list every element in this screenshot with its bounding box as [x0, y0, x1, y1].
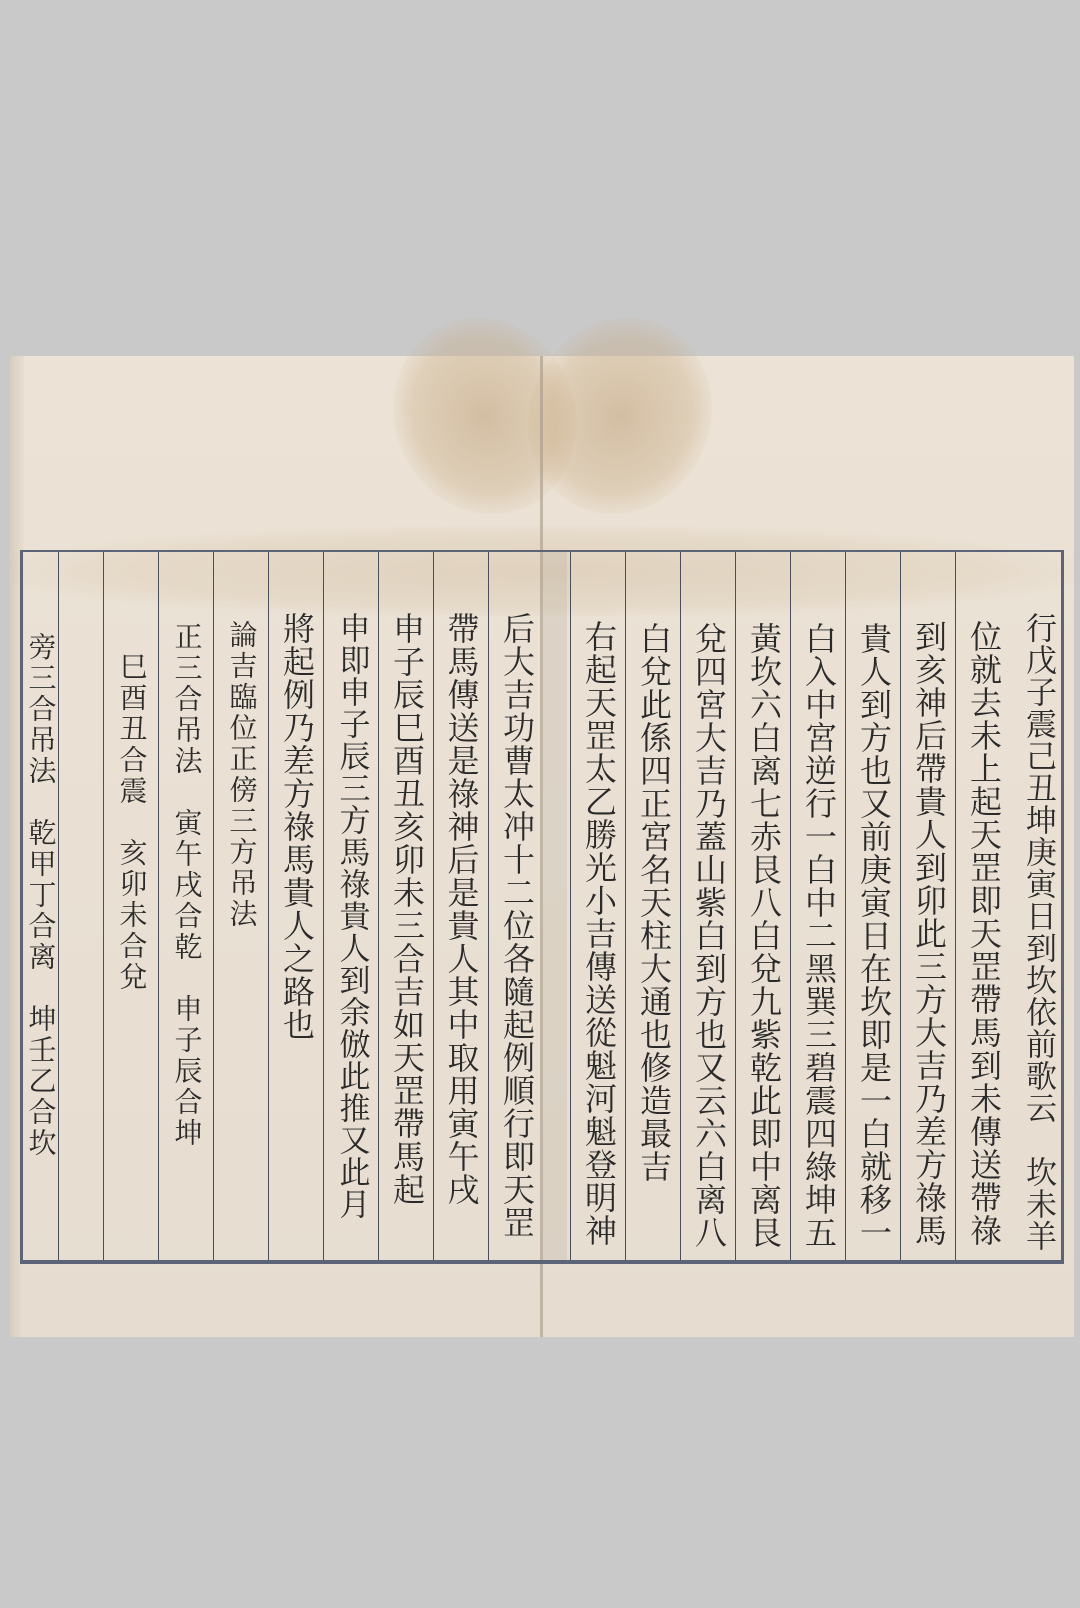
column: 位就去未上起天罡即天罡帶馬到未傳送帶祿 [955, 552, 1011, 1260]
column: 貴人到方也又前庚寅日在坎即是一白就移一 [845, 552, 901, 1260]
column-text: 白兌此係四正宮名天柱大通也修造最吉 [637, 622, 670, 1183]
column: 行戊子震己丑坤庚寅日到坎依前歌云 坎未羊 [1010, 552, 1065, 1260]
column-text: 到亥神后帶貴人到卯此三方大吉乃差方祿馬 [912, 620, 945, 1247]
column-text: 后大吉功曹太冲十二位各隨起例順行即天罡 [500, 612, 533, 1239]
column [58, 552, 104, 1260]
column: 旁三合吊法 乾甲丁合离 坤壬乙合坎 [23, 552, 58, 1260]
column-text: 右起天罡太乙勝光小吉傳送從魁河魁登明神 [582, 620, 615, 1247]
column: 申子辰巳酉丑亥卯未三合吉如天罡帶馬起 [378, 552, 434, 1260]
column: 右起天罡太乙勝光小吉傳送從魁河魁登明神 [570, 552, 626, 1260]
column: 將起例乃差方祿馬貴人之路也 [268, 552, 324, 1260]
column-text: 貴人到方也又前庚寅日在坎即是一白就移一 [857, 622, 890, 1249]
column: 黃坎六白离七赤艮八白兌九紫乾此即中离艮 [735, 552, 791, 1260]
column-text: 位就去未上起天罡即天罡帶馬到未傳送帶祿 [967, 620, 1000, 1247]
column-text: 黃坎六白离七赤艮八白兌九紫乾此即中离艮 [747, 622, 780, 1249]
column-text: 兌四宮大吉乃蓋山紫白到方也又云六白离八 [692, 622, 725, 1249]
column-text: 論吉臨位正傍三方吊法 [226, 620, 258, 930]
column-text: 將起例乃差方祿馬貴人之路也 [280, 612, 313, 1041]
column: 正三合吊法 寅午戌合乾 申子辰合坤 [158, 552, 214, 1260]
column: 申即申子辰三方馬祿貴人到余倣此推又此月 [323, 552, 379, 1260]
column: 白兌此係四正宮名天柱大通也修造最吉 [625, 552, 681, 1260]
column: 兌四宮大吉乃蓋山紫白到方也又云六白离八 [680, 552, 736, 1260]
column-text: 白入中宮逆行一白中二黑巽三碧震四綠坤五 [802, 622, 835, 1249]
column-text: 行戊子震己丑坤庚寅日到坎依前歌云 坎未羊 [1021, 612, 1054, 1252]
column: 帶馬傳送是祿神后是貴人其中取用寅午戌 [433, 552, 489, 1260]
column-text: 申即申子辰三方馬祿貴人到余倣此推又此月 [336, 612, 368, 1220]
column: 后大吉功曹太冲十二位各隨起例順行即天罡 [488, 552, 544, 1260]
text-frame: 行戊子震己丑坤庚寅日到坎依前歌云 坎未羊 位就去未上起天罡即天罡帶馬到未傳送帶祿… [20, 550, 1064, 1264]
column-text: 巳酉丑合震 亥卯未合兌 [116, 652, 148, 993]
center-gutter [543, 552, 567, 1260]
column-text: 旁三合吊法 乾甲丁合离 坤壬乙合坎 [25, 632, 57, 1159]
column: 論吉臨位正傍三方吊法 [213, 552, 269, 1260]
column: 白入中宮逆行一白中二黑巽三碧震四綠坤五 [790, 552, 846, 1260]
book-spread: 行戊子震己丑坤庚寅日到坎依前歌云 坎未羊 位就去未上起天罡即天罡帶馬到未傳送帶祿… [10, 356, 1074, 1337]
column-text: 帶馬傳送是祿神后是貴人其中取用寅午戌 [445, 612, 479, 1206]
column: 巳酉丑合震 亥卯未合兌 [103, 552, 159, 1260]
column-text: 正三合吊法 寅午戌合乾 申子辰合坤 [171, 622, 203, 1149]
column: 到亥神后帶貴人到卯此三方大吉乃差方祿馬 [900, 552, 956, 1260]
column-text: 申子辰巳酉丑亥卯未三合吉如天罡帶馬起 [390, 612, 423, 1206]
